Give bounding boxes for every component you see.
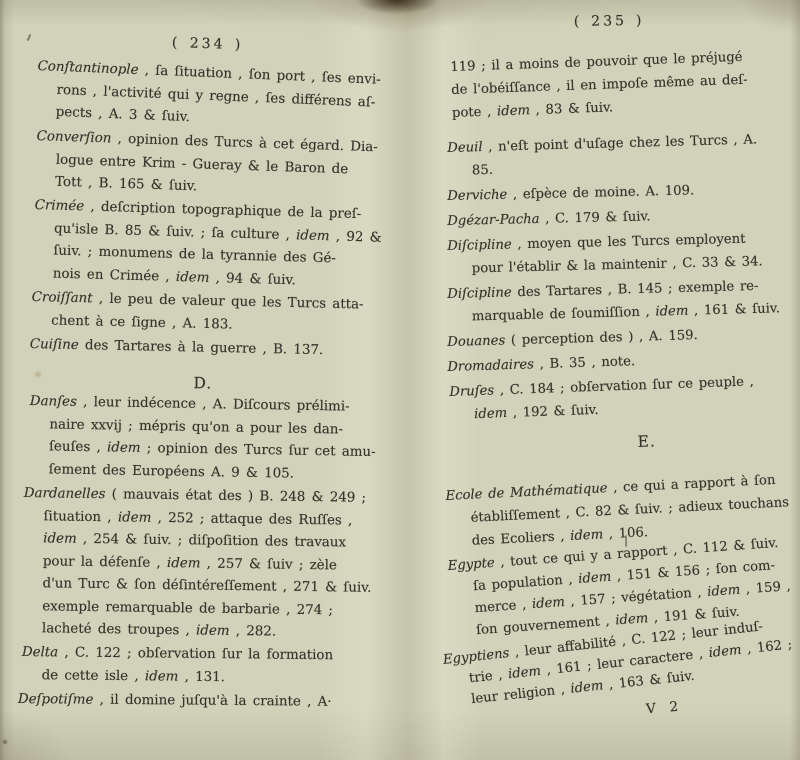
roman-text: ſituation , <box>43 508 118 524</box>
roman-text: , le peu de valeur que les Turcs atta- <box>92 291 363 312</box>
roman-text: marquable de ſoumiſſion , <box>472 305 656 325</box>
italic-text: idem <box>708 643 742 661</box>
roman-text: d'un Turc & ſon déſintéreſſement , 271 &… <box>42 576 371 596</box>
page-right: ( 235 ) 119 ; il a moins de pouvoir que … <box>442 16 796 715</box>
roman-text: , 159 , <box>740 579 792 597</box>
roman-text: Tott , B. 165 & ſuiv. <box>55 174 197 194</box>
index-entry: Druſes , C. 184 ; obſervation ſur ce peu… <box>449 369 797 427</box>
italic-text: Deuil <box>447 140 483 156</box>
roman-text: pour la défenſe , <box>43 553 167 570</box>
paper-spot <box>3 740 7 744</box>
italic-text: Dardanelles <box>24 485 106 501</box>
italic-text: idem <box>107 440 141 456</box>
signature-mark: V 2 <box>645 699 682 718</box>
roman-text: merce , <box>474 597 532 616</box>
roman-text: ( perception des ) , A. 159. <box>505 328 698 348</box>
roman-text: ( mauvais état des ) B. 248 & 249 ; <box>105 487 366 506</box>
roman-text: exemple remarquable de barbarie , 274 ; <box>42 598 333 617</box>
italic-text: Diſcipline <box>447 237 512 254</box>
roman-text: , 92 & <box>329 229 381 245</box>
book-scan-spread: ( 234 ) Conſtantinople , ſa ſituation , … <box>0 0 800 760</box>
page-left: ( 234 ) Conſtantinople , ſa ſituation , … <box>14 30 392 714</box>
roman-text: , leur indécence , A. Diſcours prélimi- <box>77 394 350 414</box>
roman-text: , 282. <box>229 623 276 639</box>
italic-text: Druſes <box>449 383 494 400</box>
italic-text: Diſcipline <box>447 285 512 302</box>
italic-text: idem <box>167 555 201 570</box>
roman-text: , 257 & ſuiv ; zèle <box>200 555 337 572</box>
index-entries-left: Conſtantinople , ſa ſituation , ſon port… <box>14 56 392 712</box>
entry-line: de cette isle , idem , 131. <box>22 664 392 690</box>
italic-text: Conſtantinople <box>37 59 139 78</box>
index-entry: Dardanelles ( mauvais état des ) B. 248 … <box>22 483 392 646</box>
roman-text: chent à ce ſigne , A. 183. <box>51 313 233 332</box>
roman-text: de cette isle , <box>42 668 145 684</box>
roman-text: pects , A. 3 & ſuiv. <box>55 105 190 125</box>
index-entry: Danſes , leur indécence , A. Diſcours pr… <box>28 391 392 487</box>
roman-text: des Ecoliers , <box>471 529 570 549</box>
italic-text: idem <box>507 664 541 682</box>
roman-text: , B. 35 , note. <box>534 354 636 372</box>
entry-line: Deſpotiſme , il domine juſqu'à la craint… <box>18 689 392 715</box>
index-entry: Conſtantinople , ſa ſituation , ſon port… <box>35 56 391 138</box>
roman-text: , 94 & ſuiv. <box>209 270 296 287</box>
roman-text: , C. 179 & ſuiv. <box>539 209 650 227</box>
roman-text: des Tartares à la guerre , B. 137. <box>79 338 324 358</box>
italic-text: idem <box>196 623 230 638</box>
index-entries-right: 119 ; il a moins de pouvoir que le préju… <box>442 56 796 713</box>
index-entry: Deuil , n'eſt point d'uſage chez les Tur… <box>447 127 797 183</box>
roman-text: , n'eſt point d'uſage chez les Turcs , A… <box>482 132 757 155</box>
index-entry: Diſcipline des Tartares , B. 145 ; exemp… <box>447 274 797 329</box>
roman-text: , il domine juſqu'à la crainte , A· <box>93 693 331 710</box>
roman-text: , 162 ; <box>741 637 793 657</box>
italic-text: idem <box>707 583 741 600</box>
index-entry: Converſion , opinion des Turcs à cet éga… <box>35 126 392 205</box>
section-heading-e: E. <box>442 428 796 457</box>
paper-spot <box>35 372 41 377</box>
roman-text: , eſpèce de moine. A. 109. <box>507 183 694 202</box>
roman-text: pour l'établir & la maintenir , C. 33 & … <box>472 254 763 276</box>
index-entry: Delta , C. 122 ; obſervation ſur la form… <box>22 642 392 691</box>
index-entry: Crimée , deſcription topographique de la… <box>32 195 391 295</box>
roman-text: ſuiv. ; monumens de la tyrannie des Gé- <box>53 244 336 267</box>
continuation-paragraph: 119 ; il a moins de pouvoir que le préju… <box>450 44 798 125</box>
roman-text: , 252 ; attaque des Ruſſes , <box>151 510 352 528</box>
italic-text: idem <box>531 595 565 612</box>
page-number-left: ( 234 ) <box>23 30 391 58</box>
italic-text: Delta <box>22 645 58 660</box>
roman-text: trie , <box>468 667 509 686</box>
page-number-right: ( 235 ) <box>422 11 796 32</box>
roman-text: , 83 & ſuiv. <box>530 100 614 118</box>
italic-text: idem <box>296 228 330 244</box>
roman-text: ſeuſes , <box>49 439 107 455</box>
roman-text: nois en Crimée , <box>53 266 177 284</box>
roman-text: , 161 & ſuiv. <box>688 301 780 318</box>
italic-text: idem <box>615 611 649 628</box>
italic-text: idem <box>474 406 507 422</box>
italic-text: Dgézar-Pacha <box>447 212 540 229</box>
entry-line: lacheté des troupes , idem , 282. <box>22 617 390 645</box>
italic-text: idem <box>570 527 604 544</box>
roman-text: pote , <box>452 104 498 121</box>
index-entry: Deſpotiſme , il domine juſqu'à la craint… <box>18 689 392 715</box>
roman-text: ; opinion des Turcs ſur cet amu- <box>140 440 375 459</box>
italic-text: Douanes <box>447 333 505 350</box>
italic-text: idem <box>145 669 179 684</box>
roman-text: , 131. <box>178 669 225 684</box>
roman-text: , 192 & ſuiv. <box>507 403 599 421</box>
roman-text: qu'isle B. 85 & ſuiv. ; ſa culture , <box>54 221 296 243</box>
roman-text: 85. <box>472 163 493 179</box>
roman-text: des Tartares , B. 145 ; exemple re- <box>512 279 759 300</box>
italic-text: Egypte <box>447 556 495 574</box>
roman-text: lacheté des troupes , <box>42 621 196 638</box>
italic-text: Converſion <box>36 128 111 145</box>
italic-text: Dromadaires <box>447 357 534 375</box>
italic-text: idem <box>43 531 77 546</box>
roman-text: , deſcription topographique de la preſ- <box>84 199 361 222</box>
italic-text: Croiſſant <box>32 290 93 306</box>
roman-text: , C. 122 ; obſervation ſur la formation <box>58 645 333 663</box>
italic-text: idem <box>118 509 152 524</box>
italic-text: Danſes <box>30 393 77 409</box>
index-entry: Croiſſant , le peu de valeur que les Tur… <box>31 287 392 340</box>
roman-text: naire xxvij ; mépris qu'on a pour les da… <box>49 416 343 436</box>
italic-text: Derviche <box>447 188 507 204</box>
italic-text: Cuiſine <box>30 337 79 353</box>
italic-text: idem <box>497 103 530 119</box>
roman-text: , moyen que les Turcs employent <box>512 232 746 253</box>
roman-text: ſement des Européens A. 9 & 105. <box>49 461 295 480</box>
italic-text: idem <box>578 570 612 587</box>
index-entry: Diſcipline , moyen que les Turcs employe… <box>447 226 797 281</box>
roman-text: , 254 & ſuiv. ; diſpoſition des travaux <box>77 531 346 550</box>
italic-text: idem <box>655 304 688 320</box>
roman-text: ſa population , <box>473 572 579 594</box>
entry-line: Delta , C. 122 ; obſervation ſur la form… <box>22 642 392 668</box>
italic-text: idem <box>570 678 604 696</box>
italic-text: Deſpotiſme <box>18 692 94 708</box>
italic-text: Crimée <box>34 198 84 214</box>
italic-text: idem <box>176 269 210 285</box>
